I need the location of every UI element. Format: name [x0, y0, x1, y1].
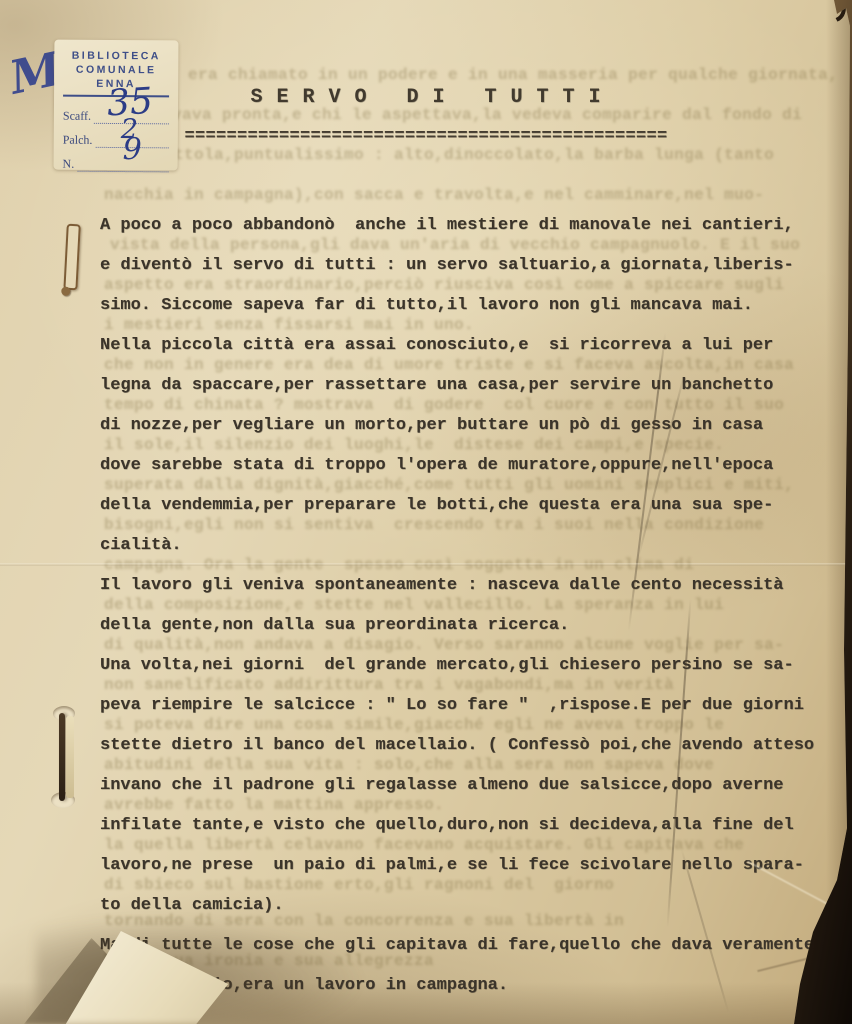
staple-bottom	[50, 706, 82, 808]
typed-line: legna da spaccare,per rassettare una cas…	[100, 366, 848, 406]
typed-line: dove sarebbe stata di troppo l'opera de …	[100, 446, 848, 486]
typed-line: stette dietro il banco del macellaio. ( …	[100, 726, 848, 766]
typed-line: cialità.	[100, 526, 848, 566]
typed-body-text: A poco a poco abbandonò anche il mestier…	[100, 206, 848, 1006]
typed-line: Una volta,nei giorni del grande mercato,…	[100, 646, 848, 686]
typed-line: peva riempire le salcicce : " Lo so fare…	[100, 686, 848, 726]
staple-top	[58, 221, 86, 296]
page-title: S E R V O D I T U T T I	[0, 86, 852, 109]
horizontal-fold-crease	[0, 563, 846, 566]
scanned-document-page: era chiamato in un podere e in una masse…	[0, 0, 852, 1024]
staple-wire	[63, 224, 80, 291]
label-field-name: N.	[63, 157, 75, 172]
typed-line: Nella piccola città era assai conosciuto…	[100, 326, 848, 366]
typed-line: infilate tante,e visto che quello,duro,n…	[100, 806, 848, 846]
typed-line: A poco a poco abbandonò anche il mestier…	[100, 206, 848, 246]
label-title-line2: COMUNALE	[54, 63, 178, 78]
label-title-line1: BIBLIOTECA	[54, 49, 178, 64]
typed-line: invano che il padrone gli regalasse alme…	[100, 766, 848, 806]
staple-leg-dark	[59, 713, 65, 801]
staple-leg-light	[66, 716, 74, 798]
bleedthrough-fragment: una viottola,puntualissimo : alto,dinocc…	[104, 146, 774, 164]
typed-line: Il lavoro gli veniva spontaneamente : na…	[100, 566, 848, 606]
typed-line: della gente,non dalla sua preordinata ri…	[100, 606, 848, 646]
title-underline: ========================================…	[0, 127, 852, 146]
typed-line: lavoro,ne prese un paio di palmi,e se li…	[100, 846, 848, 886]
typed-line: simo. Siccome sapeva far di tutto,il lav…	[100, 286, 848, 326]
typed-line: di nozze,per vegliare un morto,per butta…	[100, 406, 848, 446]
label-field-name: Scaff.	[63, 109, 91, 124]
bleedthrough-fragment: nacchia in campagna),con sacca e travolt…	[104, 186, 764, 204]
typed-line: e diventò il servo di tutti : un servo s…	[100, 246, 848, 286]
typed-line: della vendemmia,per preparare le botti,c…	[100, 486, 848, 526]
bleedthrough-fragment: era chiamato in un podere e in una masse…	[188, 66, 838, 84]
label-field-row: N. 9	[63, 148, 169, 173]
staple-tip	[61, 286, 70, 295]
paper-sheet: era chiamato in un podere e in una masse…	[0, 0, 852, 1024]
